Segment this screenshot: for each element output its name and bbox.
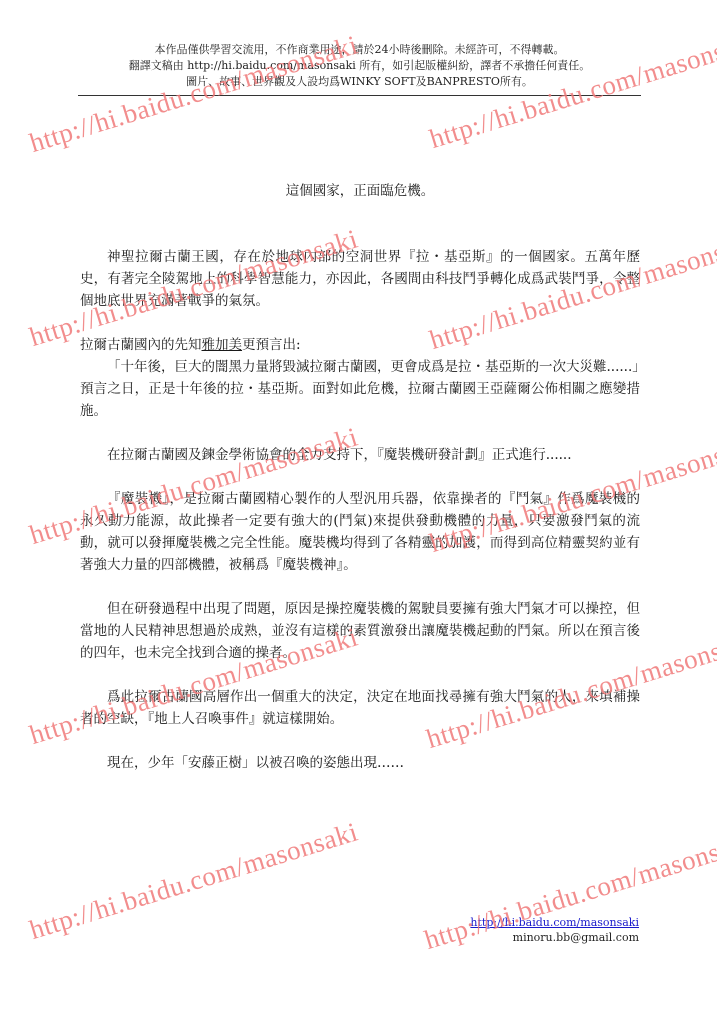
prophecy-quote: 「十年後，巨大的闇黑力量將毀滅拉爾古蘭國，更會成爲是拉・基亞斯的一次大災難...… bbox=[80, 356, 640, 378]
paragraph-masouki: 『魔裝機』，是拉爾古蘭國精心製作的人型汎用兵器，依靠操者的『鬥氣』作爲魔裝機的永… bbox=[80, 488, 640, 576]
spacer bbox=[80, 466, 640, 488]
credits-footer: http://hi.baidu.com/masonsaki minoru.bb@… bbox=[470, 915, 639, 945]
paragraph-prophet: 拉爾古蘭國內的先知雅加美更預言出: bbox=[80, 334, 640, 356]
spacer bbox=[80, 224, 640, 246]
paragraph-prophecy-day: 預言之日，正是十年後的拉・基亞斯。面對如此危機，拉爾古蘭國王亞薩爾公佈相關之應變… bbox=[80, 378, 640, 422]
paragraph-summoning: 爲此拉爾古蘭國高層作出一個重大的決定，決定在地面找尋擁有強大鬥氣的人，來填補操者… bbox=[80, 686, 640, 730]
spacer bbox=[80, 422, 640, 444]
spacer bbox=[80, 664, 640, 686]
intro-title: 這個國家，正面臨危機。 bbox=[80, 180, 640, 202]
prophet-prefix: 拉爾古蘭國內的先知 bbox=[80, 337, 202, 353]
disclaimer-header: 本作品僅供學習交流用，不作商業用途，請於24小時後刪除。未經許可，不得轉載。 翻… bbox=[78, 42, 641, 90]
paragraph-project: 在拉爾古蘭國及鍊金學術協會的全力支持下，『魔裝機研發計劃』正式進行...... bbox=[80, 444, 640, 466]
disclaimer-line-1: 本作品僅供學習交流用，不作商業用途，請於24小時後刪除。未經許可，不得轉載。 bbox=[78, 42, 641, 58]
disclaimer-line-2: 翻譯文稿由 http://hi.baidu.com/masonsaki 所有，如… bbox=[78, 58, 641, 74]
paragraph-protagonist: 現在，少年「安藤正樹」以被召喚的姿態出現…… bbox=[80, 752, 640, 774]
prophet-name: 雅加美 bbox=[202, 337, 243, 353]
prophet-suffix: 更預言出: bbox=[242, 337, 301, 353]
spacer bbox=[80, 312, 640, 334]
header-divider bbox=[78, 95, 641, 96]
spacer bbox=[80, 576, 640, 598]
story-body: 這個國家，正面臨危機。 神聖拉爾古蘭王國，存在於地球內部的空洞世界『拉・基亞斯』… bbox=[80, 180, 640, 774]
paragraph-problem: 但在研發過程中出現了問題，原因是操控魔裝機的駕駛員要擁有強大鬥氣才可以操控，但當… bbox=[80, 598, 640, 664]
contact-email: minoru.bb@gmail.com bbox=[470, 930, 639, 945]
watermark-text: http://hi.baidu.com/masonsaki bbox=[26, 817, 362, 946]
spacer bbox=[80, 730, 640, 752]
blog-link[interactable]: http://hi.baidu.com/masonsaki bbox=[470, 915, 639, 930]
disclaimer-line-3: 圖片、故事、世界觀及人設均爲WINKY SOFT及BANPRESTO所有。 bbox=[78, 74, 641, 90]
document-page: 本作品僅供學習交流用，不作商業用途，請於24小時後刪除。未經許可，不得轉載。 翻… bbox=[0, 0, 717, 1013]
paragraph-kingdom: 神聖拉爾古蘭王國，存在於地球內部的空洞世界『拉・基亞斯』的一個國家。五萬年歷史，… bbox=[80, 246, 640, 312]
